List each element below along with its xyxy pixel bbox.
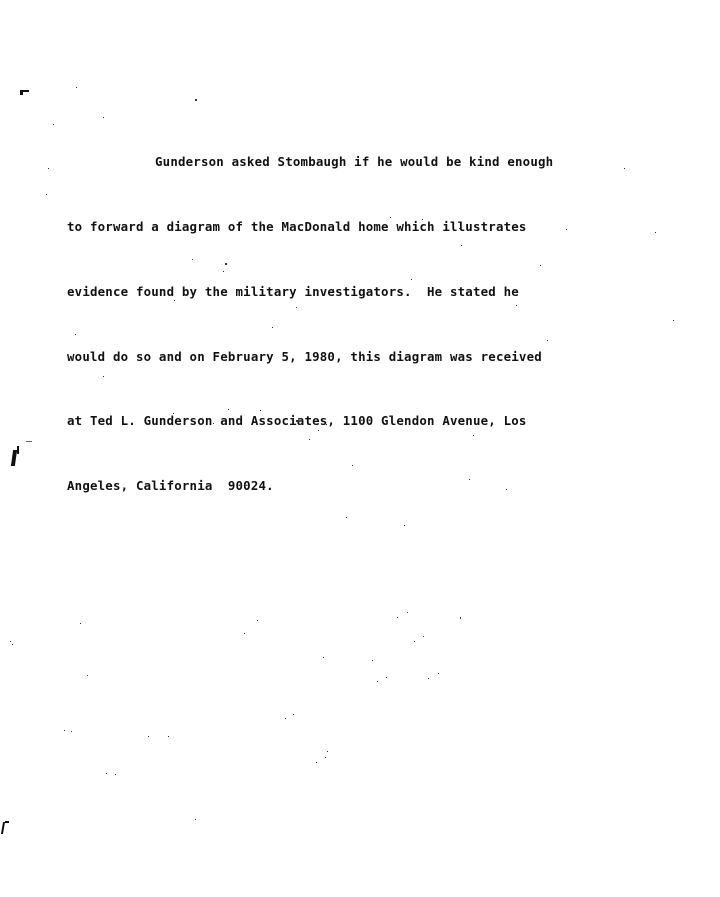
paragraph-line-5: at Ted L. Gunderson and Associates, 1100…: [67, 410, 637, 432]
paragraph-line-6: Angeles, California 90024.: [67, 475, 637, 497]
paragraph-line-1-text: Gunderson asked Stombaugh if he would be…: [155, 154, 553, 169]
paragraph-line-1: Gunderson asked Stombaugh if he would be…: [67, 151, 637, 173]
body-paragraph: Gunderson asked Stombaugh if he would be…: [67, 108, 637, 540]
paragraph-line-3: evidence found by the military investiga…: [67, 281, 637, 303]
paragraph-line-2: to forward a diagram of the MacDonald ho…: [67, 216, 637, 238]
paragraph-line-4: would do so and on February 5, 1980, thi…: [67, 346, 637, 368]
document-page: Gunderson asked Stombaugh if he would be…: [0, 0, 720, 897]
